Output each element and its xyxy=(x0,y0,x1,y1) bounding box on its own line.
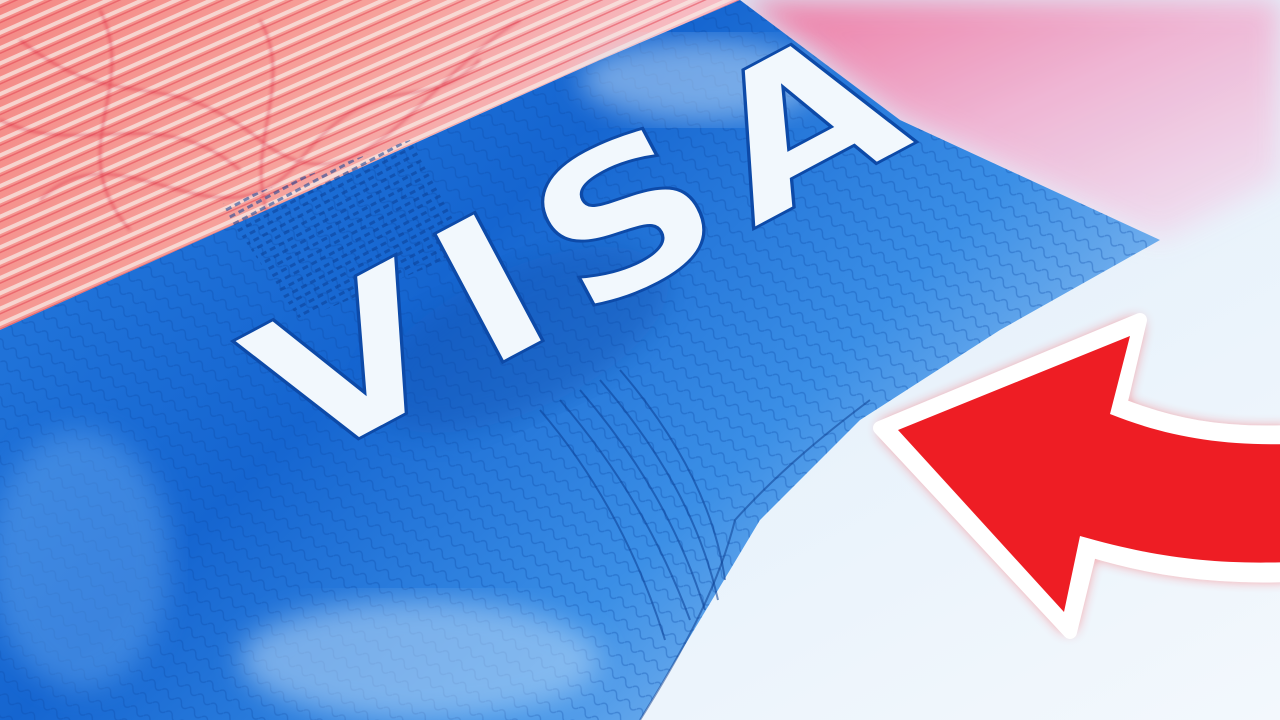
visa-photo-scene: VISA xyxy=(0,0,1280,720)
red-arrow-icon xyxy=(0,0,1280,720)
